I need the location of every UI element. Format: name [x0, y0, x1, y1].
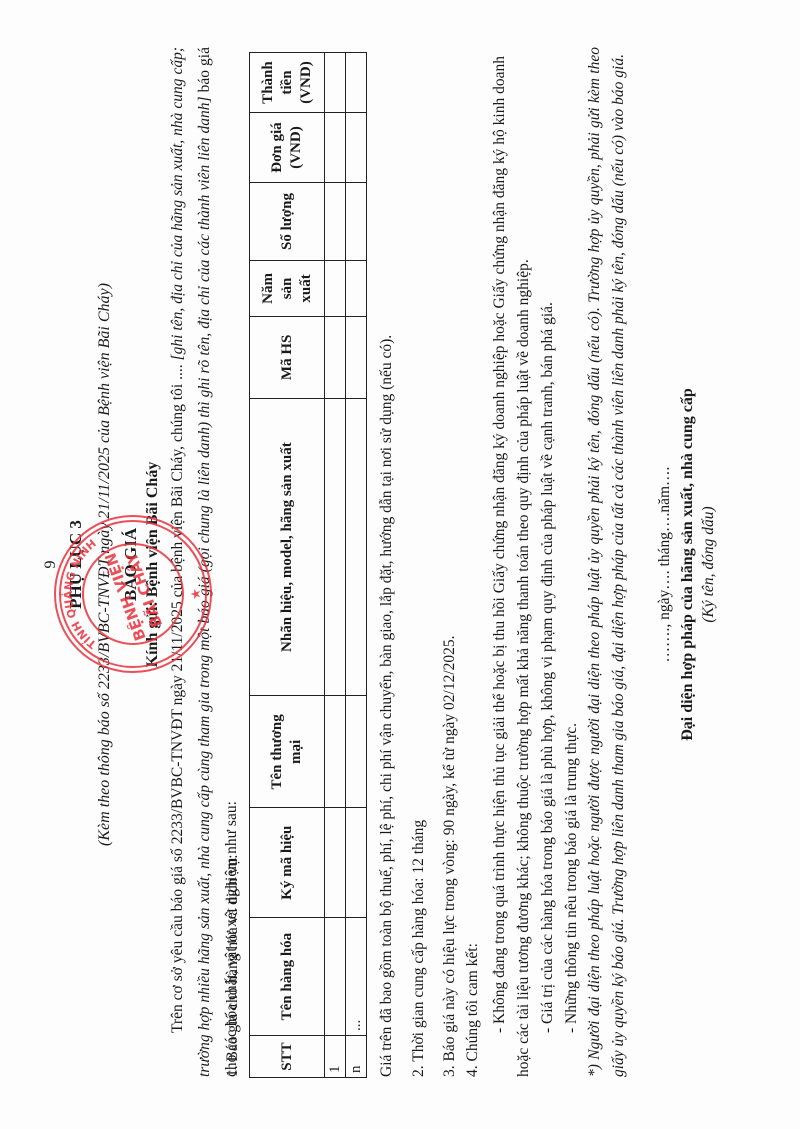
appendix-subtitle: (Kèm theo thông báo số 2233/BVBC-TNVĐT n…: [96, 0, 114, 1129]
column-header: Tên thương mại: [250, 696, 325, 808]
signature-date-line: ……., ngày…. tháng….năm….: [656, 0, 674, 1129]
column-header: Ký mã hiệu: [250, 808, 325, 918]
section-2-delivery-time: 2. Thời gian cung cấp hàng hóa: 12 tháng: [410, 820, 428, 1077]
table-cell: [346, 183, 367, 261]
table-row: n ...: [346, 53, 367, 1078]
quotation-table: STT Tên hàng hóa Ký mã hiệu Tên thương m…: [249, 52, 367, 1078]
signature-note: (Ký tên, đóng dấu): [700, 0, 718, 1129]
recipient-line: Kính gửi: Bệnh viện Bãi Cháy: [144, 0, 162, 1129]
column-header: Thành tiền (VND): [250, 53, 325, 113]
section-1-label: 1. Báo giá cho hàng hóa và dịch vụ:: [224, 854, 242, 1077]
column-header: Tên hàng hóa: [250, 918, 325, 1036]
column-header: Đơn giá (VND): [250, 113, 325, 183]
commitment-item: - Những thông tin nêu trong báo giá là t…: [560, 3, 584, 1033]
table-cell: [325, 398, 346, 696]
table-cell: [325, 696, 346, 808]
table-cell: 1: [325, 1036, 346, 1078]
footnote: *) Người đại diện theo pháp luật hoặc ng…: [583, 47, 631, 1077]
table-cell: n: [346, 1036, 367, 1078]
column-header: Năm sản xuất: [250, 260, 325, 316]
table-cell: [346, 260, 367, 316]
document-page: 9 PHỤ LỤC 3 (Kèm theo thông báo số 2233/…: [0, 0, 800, 1129]
table-cell: [346, 398, 367, 696]
table-header-row: STT Tên hàng hóa Ký mã hiệu Tên thương m…: [250, 53, 325, 1078]
table-cell: [325, 113, 346, 183]
table-row: 1: [325, 53, 346, 1078]
table-cell: [325, 53, 346, 113]
commitment-item: - Giá trị của các hàng hóa trong báo giá…: [536, 3, 560, 1033]
commitment-item: - Không đang trong quá trình thực hiện t…: [488, 47, 536, 1077]
price-note: Giá trên đã bao gồm toàn bộ thuế, phí, l…: [378, 335, 396, 1077]
table-cell: [346, 808, 367, 918]
document-title: BÁO GIÁ: [121, 0, 141, 1129]
table-cell: [325, 316, 346, 398]
table-cell: [346, 696, 367, 808]
table-cell: [346, 53, 367, 113]
column-header: Nhãn hiệu, model, hãng sản xuất: [250, 398, 325, 696]
table-cell: [346, 316, 367, 398]
table-cell: [325, 260, 346, 316]
table-cell: ...: [346, 918, 367, 1036]
signature-title: Đại diện hợp pháp của hãng sản xuất, nhà…: [679, 0, 697, 1129]
table-cell: [325, 183, 346, 261]
column-header: Số lượng: [250, 183, 325, 261]
table-cell: [325, 918, 346, 1036]
appendix-title: PHỤ LỤC 3: [66, 0, 86, 1129]
intro-text-1: Trên cơ sở yêu cầu báo giá số 2233/BVBC-…: [169, 360, 186, 1033]
column-header: Mã HS: [250, 316, 325, 398]
table-cell: [325, 808, 346, 918]
column-header: STT: [250, 1036, 325, 1078]
section-4-commitments-label: 4. Chúng tôi cam kết:: [464, 943, 482, 1077]
page-number: 9: [42, 0, 60, 1129]
table-cell: [346, 113, 367, 183]
section-3-validity: 3. Báo giá này có hiệu lực trong vòng: 9…: [441, 635, 459, 1077]
